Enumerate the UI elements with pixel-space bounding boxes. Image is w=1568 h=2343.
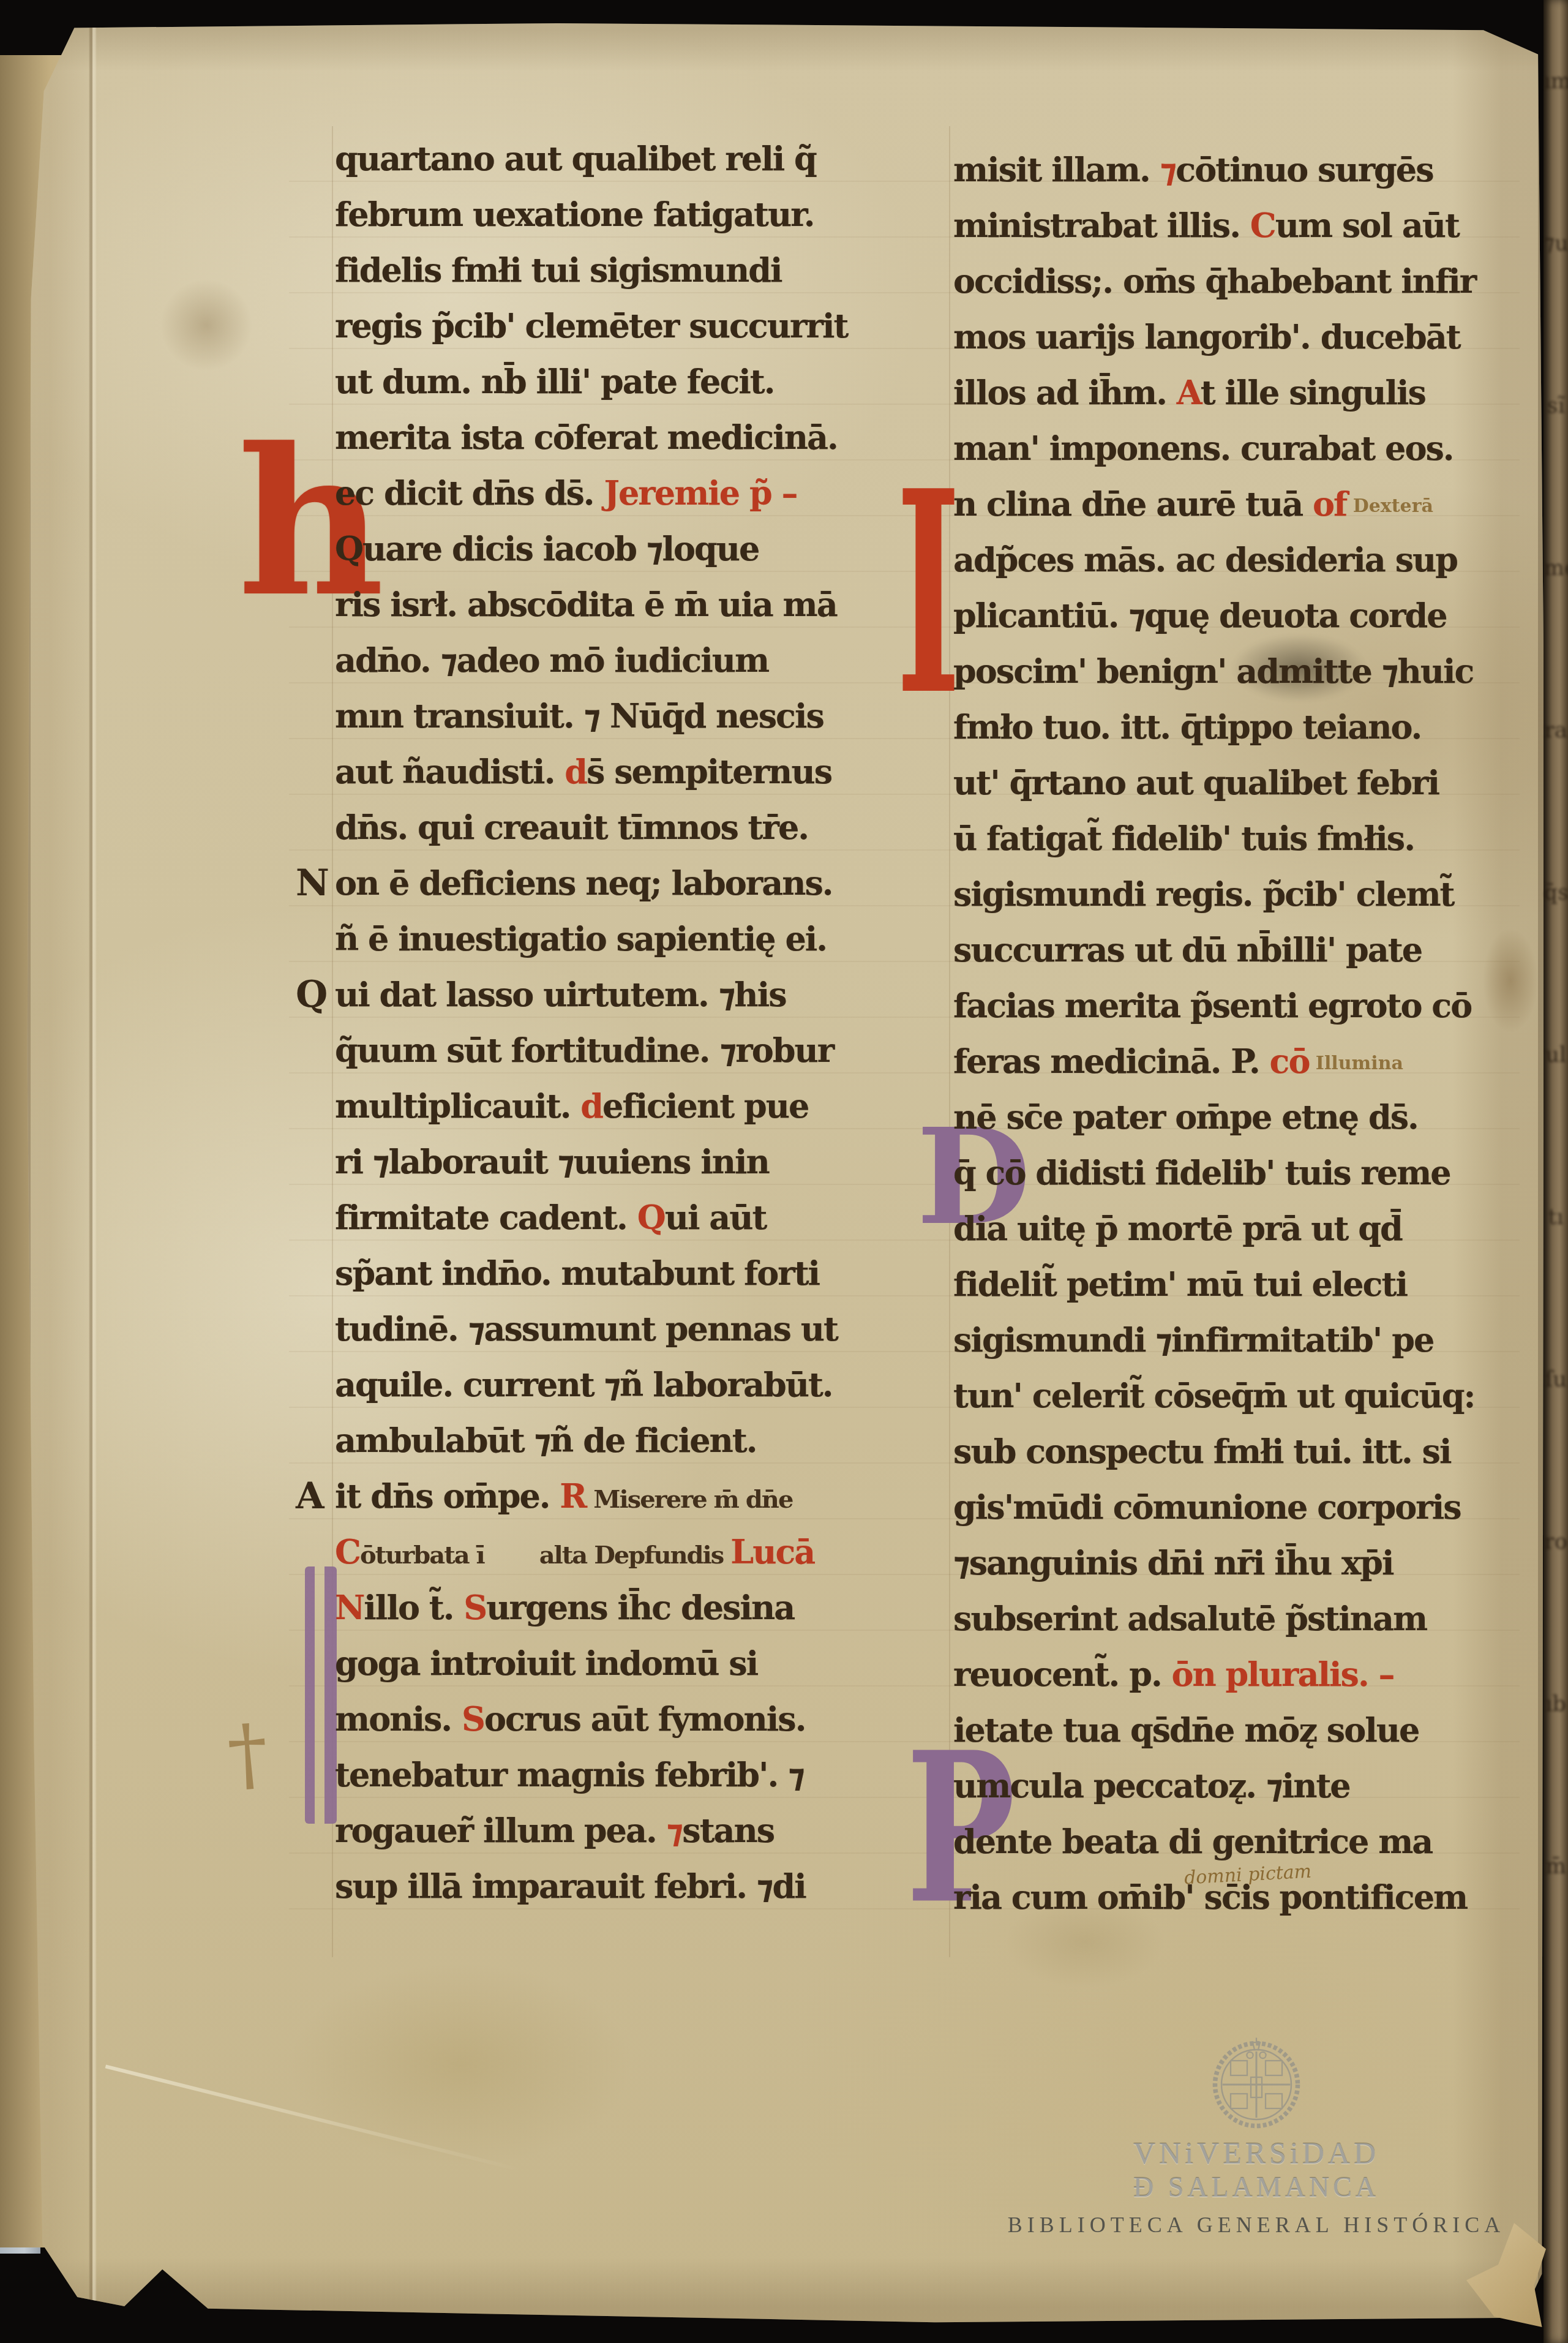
library-watermark: VNiVERSiDAD Ð SALAMANCA BIBLIOTECA GENER… [947,2037,1566,2238]
manuscript-line: adp̃ces mās. ac desideria sup [953,532,1541,588]
text-run: Q [296,967,334,1023]
watermark-line-3: BIBLIOTECA GENERAL HISTÓRICA [947,2212,1566,2238]
manuscript-line: q̄ cō didisti fidelib' tuis reme [953,1145,1541,1201]
text-run: ⁊ [667,1811,683,1850]
column-bound-line [332,126,333,1957]
text-run: S [463,1588,486,1627]
manuscript-line: ria cum om̄ib' sc̄is pontificem [953,1870,1541,1925]
text-run: eficient pue [602,1086,808,1126]
fore-edge-text-fragment: ro [1544,1461,1568,1623]
text-run: ministrabat illis. [953,206,1250,245]
text-run: S [462,1699,484,1739]
manuscript-line: sigismundi ⁊infirmitatib' pe [953,1312,1541,1368]
text-run: N [296,856,334,911]
manuscript-line: Cōturbata īalta Depfundis Lucā [335,1524,947,1580]
text-run: s̄ sempiternus [587,752,831,791]
text-run: C [1250,206,1275,245]
text-run: plicantiū. ⁊quę deuota corde [953,596,1447,635]
fore-edge-text-fragment: me [1544,487,1568,649]
text-run: feras medicinā. P. [953,1042,1270,1081]
manuscript-line: Quare dicis iacob ⁊loque [335,521,947,577]
text-run: Q [637,1198,665,1237]
manuscript-line: rogauer̃ illum pea. ⁊stans [335,1803,947,1859]
text-run: stans [682,1811,774,1850]
text-run: fidelis fmłi tui sigismundi [335,250,782,290]
text-run: februm uexatione fatigatur. [335,195,814,234]
parchment-page: h I D P † domni pictam quartano aut qual… [26,22,1544,2325]
text-run: it dn̄s om̄pe. [335,1476,560,1516]
text-run: man' imponens. curabat eos. [953,429,1454,468]
text-run: tenebatur magnis febrib'. ⁊ [335,1755,804,1794]
manuscript-line: monis. Socrus aūt fymonis. [335,1691,947,1747]
text-run: gis'mūdi cōmunione corporis [953,1487,1461,1527]
text-run: ria cum om̄ib' sc̄is pontificem [953,1878,1467,1917]
text-run: ocrus aūt fymonis. [484,1699,806,1739]
manuscript-line: sup illā imparauit febri. ⁊di [335,1859,947,1914]
text-run: dia uitę p̄ mortē prā ut qd̄ [953,1209,1402,1248]
text-run: subserint adsalutē p̃stinam [953,1599,1427,1638]
text-run: ut dum. nb̄ illi' pate fecit. [335,362,775,401]
text-run: ambulabūt ⁊ñ de ficient. [335,1421,757,1460]
text-run: C [335,1532,360,1571]
text-run: succurras ut dū nb̄illi' pate [953,930,1422,969]
text-run: ōn pluralis. – [1171,1655,1394,1694]
manuscript-line: ut dum. nb̄ illi' pate fecit. [335,354,947,410]
manuscript-line: dn̄s. qui creauit tīmnos tr̄e. [335,800,947,856]
watermark-line-1: VNiVERSiDAD [947,2135,1566,2171]
manuscript-line: fidelis fmłi tui sigismundi [335,243,947,298]
manuscript-line: mın transiuit. ⁊ Nūq̄d nescis [335,688,947,744]
manuscript-line: Ait dn̄s om̄pe. R Miserere m̄ dn̄e [335,1469,947,1524]
text-run: d [580,1086,602,1126]
text-run: Dexterā [1346,495,1433,517]
manuscript-line: fidelit̃ petim' mū tui electi [953,1257,1541,1312]
text-run: occidiss;. om̄s q̄habebant infir [953,261,1476,301]
fore-edge-text-fragment: ⁊u [1544,162,1568,325]
fore-edge-text-fragment: ım [1544,0,1568,162]
manuscript-line: man' imponens. curabat eos. [953,421,1541,476]
manuscript-line: n clina dn̄e aurē tuā of Dexterā [953,476,1541,532]
text-run: t ille singulis [1201,373,1425,412]
manuscript-line: Nillo t̃. Surgens ih̄c desina [335,1580,947,1636]
manuscript-line: ut' q̄rtano aut qualibet febri [953,755,1541,811]
text-run: adp̃ces mās. ac desideria sup [953,540,1457,579]
manuscript-line: umcula peccatoz̨. ⁊inte [953,1758,1541,1814]
manuscript-line: sub conspectu fmłi tui. itt. si [953,1424,1541,1480]
column-bound-line [949,126,950,1957]
fore-edge-text-fragment: tı [1544,1136,1568,1298]
manuscript-line: firmitate cadent. Qui aūt [335,1190,947,1246]
text-run: alta [539,1541,594,1570]
manuscript-line: ec dicit dn̄s ds̄. Jeremie p̃ – [335,465,947,521]
text-run: merita ista cōferat medicinā. [335,418,838,457]
fore-edge-text-fragment: sĩ [1544,325,1568,487]
text-run: ut' q̄rtano aut qualibet febri [953,763,1439,802]
text-run: ri ⁊laborauit ⁊uuiens inin [335,1142,769,1181]
text-run: fmło tuo. itt. q̄tippo teiano. [953,707,1421,747]
scanned-manuscript-photo: { "document": { "type": "illuminated-man… [0,0,1568,2343]
manuscript-line: tun' celerit̃ cōseq̄m̄ ut quicūq: [953,1368,1541,1424]
text-run: dente beata di genitrice ma [953,1822,1432,1861]
fore-edge-text-fragment: ul [1544,974,1568,1136]
manuscript-line: succurras ut dū nb̄illi' pate [953,922,1541,978]
text-run: on ē deficiens neq; laborans. [335,863,833,903]
manuscript-line: aquile. current ⁊ñ laborabūt. [335,1357,947,1413]
manuscript-line: ministrabat illis. Cum sol aūt [953,198,1541,254]
text-run: adn̄o. ⁊adeo mō iudicium [335,641,768,680]
manuscript-line: ū fatigat̃ fidelib' tuis fmłis. [953,811,1541,867]
text-run: Depfundis [594,1541,730,1570]
text-run: ōturbata ī [360,1541,484,1570]
text-run: q̃uum sūt fortitudine. ⁊robur [335,1031,833,1070]
text-run: Quare dicis iacob ⁊loque [335,529,759,568]
text-run: n clina dn̄e aurē tuā [953,484,1313,524]
text-run: misit illam. [953,150,1160,189]
watermark-line-2: Ð SALAMANCA [947,2171,1566,2203]
text-run: sigismundi regis. p̃cib' clemt̃ [953,874,1454,914]
manuscript-line: Qui dat lasso uirtutem. ⁊his [335,967,947,1023]
text-run: nē sc̄e pater om̄pe etnę ds̄. [953,1097,1418,1137]
text-run: cō [1270,1042,1310,1081]
text-run: illos ad ih̄m. [953,373,1177,412]
manuscript-line: illos ad ih̄m. At ille singulis [953,365,1541,421]
text-run: urgens ih̄c desina [486,1588,794,1627]
manuscript-line: multiplicauit. deficient pue [335,1078,947,1134]
manuscript-line: misit illam. ⁊cōtinuo surgēs [953,142,1541,198]
text-run: tun' celerit̃ cōseq̄m̄ ut quicūq: [953,1376,1474,1415]
text-run: ec dicit dn̄s ds̄. [335,473,604,513]
text-run: ietate tua qs̄dn̄e mōz̨ solue [953,1710,1419,1750]
text-run: fidelit̃ petim' mū tui electi [953,1265,1407,1304]
manuscript-line: merita ista cōferat medicinā. [335,410,947,465]
text-run: cōtinuo surgēs [1176,150,1433,189]
text-run: mın transiuit. ⁊ Nūq̄d nescis [335,696,823,735]
text-run: ñ ē inuestigatio sapientię ei. [335,919,827,958]
manuscript-line: q̃uum sūt fortitudine. ⁊robur [335,1023,947,1078]
manuscript-line: dia uitę p̄ mortē prā ut qd̄ [953,1201,1541,1257]
manuscript-line: sigismundi regis. p̃cib' clemt̃ [953,867,1541,922]
manuscript-line: occidiss;. om̄s q̄habebant infir [953,254,1541,309]
text-run: aut ñaudisti. [335,752,565,791]
text-run: monis. [335,1699,462,1739]
text-run: umcula peccatoz̨. ⁊inte [953,1766,1350,1805]
text-run: quartano aut qualibet reli q̃ [335,139,816,178]
text-run: ui dat lasso uirtutem. ⁊his [335,975,786,1014]
manuscript-line: adn̄o. ⁊adeo mō iudicium [335,633,947,688]
manuscript-line: ⁊sanguinis dn̄i nr̄i ih̄u xp̄i [953,1535,1541,1591]
manuscript-line: poscim' benign' admitte ⁊huic [953,644,1541,699]
text-run: reuocent̃. p. [953,1655,1171,1694]
text-run: d [565,752,587,791]
manuscript-line: tenebatur magnis febrib'. ⁊ [335,1747,947,1803]
fore-edge-text-fragment: ſu [1544,1298,1568,1461]
text-run: goga introiuit indomū si [335,1644,757,1683]
manuscript-line: plicantiū. ⁊quę deuota corde [953,588,1541,644]
text-run: sup illā imparauit febri. ⁊di [335,1867,806,1906]
manuscript-line: reuocent̃. p. ōn pluralis. – [953,1647,1541,1702]
manuscript-line: fmło tuo. itt. q̄tippo teiano. [953,699,1541,755]
manuscript-line: Non ē deficiens neq; laborans. [335,856,947,911]
text-run: Illumina [1309,1053,1403,1074]
text-run: A [296,1469,334,1524]
text-run: ris isrł. abscōdita ē m̄ uia mā [335,585,837,624]
text-run: regis p̃cib' clemēter succurrit [335,306,847,345]
manuscript-line: ambulabūt ⁊ñ de ficient. [335,1413,947,1469]
fore-edge-text-fragment: ra [1544,649,1568,811]
margin-cross-doodle: † [225,1706,271,1802]
text-run: sub conspectu fmłi tui. itt. si [953,1432,1450,1471]
text-run: um sol aūt [1275,206,1459,245]
text-run: q̄ cō didisti fidelib' tuis reme [953,1153,1450,1192]
text-run: Lucā [730,1532,814,1571]
university-seal-icon [947,2037,1566,2132]
text-run: ⁊ [1160,150,1176,189]
manuscript-line: sp̃ant indn̄o. mutabunt forti [335,1246,947,1301]
manuscript-line: ietate tua qs̄dn̄e mōz̨ solue [953,1702,1541,1758]
manuscript-line: februm uexatione fatigatur. [335,187,947,243]
text-column-right: misit illam. ⁊cōtinuo surgēsministrabat … [953,142,1541,1925]
manuscript-line: feras medicinā. P. cō Illumina [953,1034,1541,1089]
manuscript-line: facias merita p̃senti egroto cō [953,978,1541,1034]
text-run: aquile. current ⁊ñ laborabūt. [335,1365,833,1404]
text-run: multiplicauit. [335,1086,580,1126]
text-run: R [560,1476,586,1516]
manuscript-line: regis p̃cib' clemēter succurrit [335,298,947,354]
book-fore-edge: ım⁊usĩmeraq̄sultıſuroıbm̄ [1544,0,1568,2343]
text-column-left: quartano aut qualibet reli q̃februm uexa… [335,131,947,1914]
text-run: dn̄s. qui creauit tīmnos tr̄e. [335,808,808,847]
text-run: A [1177,373,1201,412]
text-run: poscim' benign' admitte ⁊huic [953,652,1473,691]
text-run: Miserere m̄ dn̄e [586,1485,792,1514]
text-run: of [1313,484,1346,524]
fore-edge-text-fragment: m̄ [1544,1785,1568,1947]
manuscript-line: ñ ē inuestigatio sapientię ei. [335,911,947,967]
manuscript-line: mos uarijs langorib'. ducebāt [953,309,1541,365]
manuscript-line: goga introiuit indomū si [335,1636,947,1691]
text-run: ⁊sanguinis dn̄i nr̄i ih̄u xp̄i [953,1543,1394,1582]
text-run: tudinē. ⁊assumunt pennas ut [335,1309,838,1348]
manuscript-line: quartano aut qualibet reli q̃ [335,131,947,187]
text-run: ū fatigat̃ fidelib' tuis fmłis. [953,819,1414,858]
text-run: sigismundi ⁊infirmitatib' pe [953,1320,1433,1360]
text-run: ui aūt [665,1198,767,1237]
parchment-stain [289,1963,632,2165]
manuscript-line: ris isrł. abscōdita ē m̄ uia mā [335,577,947,633]
text-run: sp̃ant indn̄o. mutabunt forti [335,1254,819,1293]
text-run: Jeremie p̃ – [604,473,797,513]
manuscript-line: gis'mūdi cōmunione corporis [953,1480,1541,1535]
text-run: firmitate cadent. [335,1198,637,1237]
manuscript-line: ri ⁊laborauit ⁊uuiens inin [335,1134,947,1190]
fore-edge-text-fragment: ıb [1544,1623,1568,1785]
fore-edge-text-fragment: q̄s [1544,811,1568,974]
manuscript-line: dente beata di genitrice ma [953,1814,1541,1870]
parchment-crease [105,2064,522,2172]
manuscript-line: subserint adsalutē p̃stinam [953,1591,1541,1647]
text-run: illo t̃. [364,1588,463,1627]
text-run: N [335,1588,364,1627]
text-run: facias merita p̃senti egroto cō [953,986,1471,1025]
manuscript-line: aut ñaudisti. ds̄ sempiternus [335,744,947,800]
manuscript-line: tudinē. ⁊assumunt pennas ut [335,1301,947,1357]
text-run: rogauer̃ illum pea. [335,1811,667,1850]
parchment-stain [160,279,252,371]
manuscript-line: nē sc̄e pater om̄pe etnę ds̄. [953,1089,1541,1145]
text-run: mos uarijs langorib'. ducebāt [953,317,1460,356]
